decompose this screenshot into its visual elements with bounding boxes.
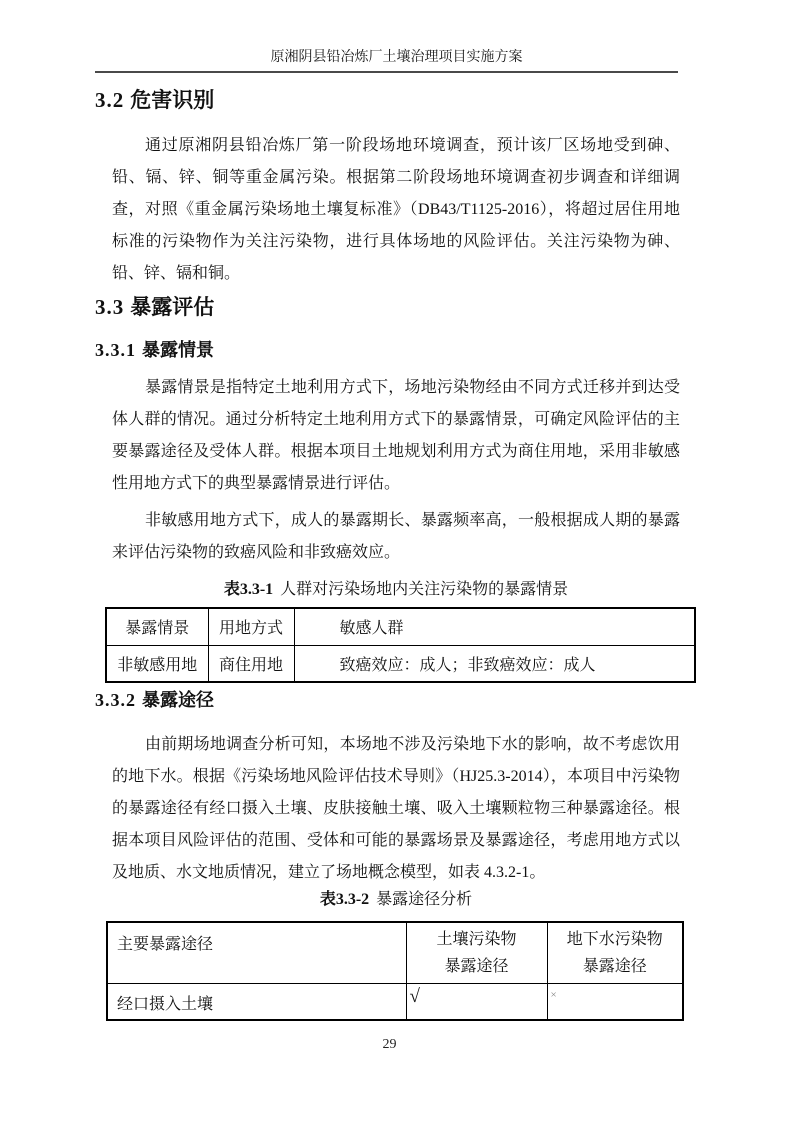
page-number: 29	[0, 1036, 779, 1054]
table-3-3-1-caption-text: 人群对污染场地内关注污染物的暴露情景	[280, 581, 568, 598]
table-3-3-2-caption-label: 表3.3-2	[320, 891, 369, 908]
table-3-3-2-caption: 表3.3-2暴露途径分析	[112, 888, 680, 912]
header-cell-soil-pathway: 土壤污染物 暴露途径	[406, 922, 547, 983]
heading-3-3: 3.3暴露评估	[95, 293, 214, 322]
header-groundwater-line1: 地下水污染物	[548, 926, 683, 953]
heading-3-3-1-title: 暴露情景	[142, 340, 214, 360]
header-groundwater-line2: 暴露途径	[548, 953, 683, 980]
cell-land-use-value: 商住用地	[208, 645, 294, 682]
heading-3-2: 3.2危害识别	[95, 86, 214, 115]
heading-3-2-number: 3.2	[95, 88, 124, 112]
paragraph-exposure-scenario-2: 非敏感用地方式下，成人的暴露期长、暴露频率高，一般根据成人期的暴露来评估污染物的…	[112, 505, 680, 569]
header-soil-line2: 暴露途径	[407, 953, 547, 980]
header-cell-sensitive-population: 敏感人群	[294, 608, 695, 645]
table-header-row: 暴露情景 用地方式 敏感人群	[106, 608, 695, 645]
heading-3-3-number: 3.3	[95, 295, 124, 319]
check-mark: √	[407, 984, 420, 1008]
heading-3-3-title: 暴露评估	[130, 296, 214, 319]
heading-3-3-2-title: 暴露途径	[142, 690, 214, 710]
paragraph-exposure-scenario-1: 暴露情景是指特定土地利用方式下，场地污染物经由不同方式迁移并到达受体人群的情况。…	[112, 372, 680, 500]
cell-groundwater-not-applicable: ×	[547, 983, 683, 1020]
cell-population-value: 致癌效应：成人；非致癌效应：成人	[294, 645, 695, 682]
header-soil-line1: 土壤污染物	[407, 926, 547, 953]
paragraph-exposure-pathways: 由前期场地调查分析可知，本场地不涉及污染地下水的影响，故不考虑饮用的地下水。根据…	[112, 729, 680, 889]
header-cell-land-use: 用地方式	[208, 608, 294, 645]
heading-3-3-2: 3.3.2暴露途径	[95, 688, 214, 712]
cell-scenario-value: 非敏感用地	[106, 645, 208, 682]
header-cell-main-pathway: 主要暴露途径	[107, 922, 406, 983]
table-3-3-2-caption-text: 暴露途径分析	[376, 891, 472, 908]
table-3-3-1-caption-label: 表3.3-1	[224, 581, 273, 598]
heading-3-3-2-number: 3.3.2	[95, 690, 136, 710]
heading-3-3-1: 3.3.1暴露情景	[95, 338, 214, 362]
table-header-row: 主要暴露途径 土壤污染物 暴露途径 地下水污染物 暴露途径	[107, 922, 683, 983]
exposure-scenario-table: 暴露情景 用地方式 敏感人群 非敏感用地 商住用地 致癌效应：成人；非致癌效应：…	[105, 607, 696, 683]
cell-soil-applicable: √	[406, 983, 547, 1020]
cross-mark: ×	[548, 984, 557, 1001]
paragraph-hazard-identification: 通过原湘阴县铅冶炼厂第一阶段场地环境调查，预计该厂区场地受到砷、铅、镉、锌、铜等…	[112, 130, 680, 290]
table-row: 非敏感用地 商住用地 致癌效应：成人；非致癌效应：成人	[106, 645, 695, 682]
exposure-pathway-table: 主要暴露途径 土壤污染物 暴露途径 地下水污染物 暴露途径 经口摄入土壤 √ ×	[106, 921, 684, 1021]
header-cell-exposure-scenario: 暴露情景	[106, 608, 208, 645]
table-3-3-1-caption: 表3.3-1人群对污染场地内关注污染物的暴露情景	[112, 578, 680, 602]
heading-3-2-title: 危害识别	[130, 89, 214, 112]
header-rule	[95, 71, 678, 73]
heading-3-3-1-number: 3.3.1	[95, 340, 136, 360]
table-row: 经口摄入土壤 √ ×	[107, 983, 683, 1020]
page-header-title: 原湘阴县铅冶炼厂土壤治理项目实施方案	[0, 48, 793, 68]
document-page: 原湘阴县铅冶炼厂土壤治理项目实施方案 3.2危害识别 通过原湘阴县铅冶炼厂第一阶…	[0, 0, 793, 1122]
cell-pathway-oral-soil: 经口摄入土壤	[107, 983, 406, 1020]
header-cell-groundwater-pathway: 地下水污染物 暴露途径	[547, 922, 683, 983]
